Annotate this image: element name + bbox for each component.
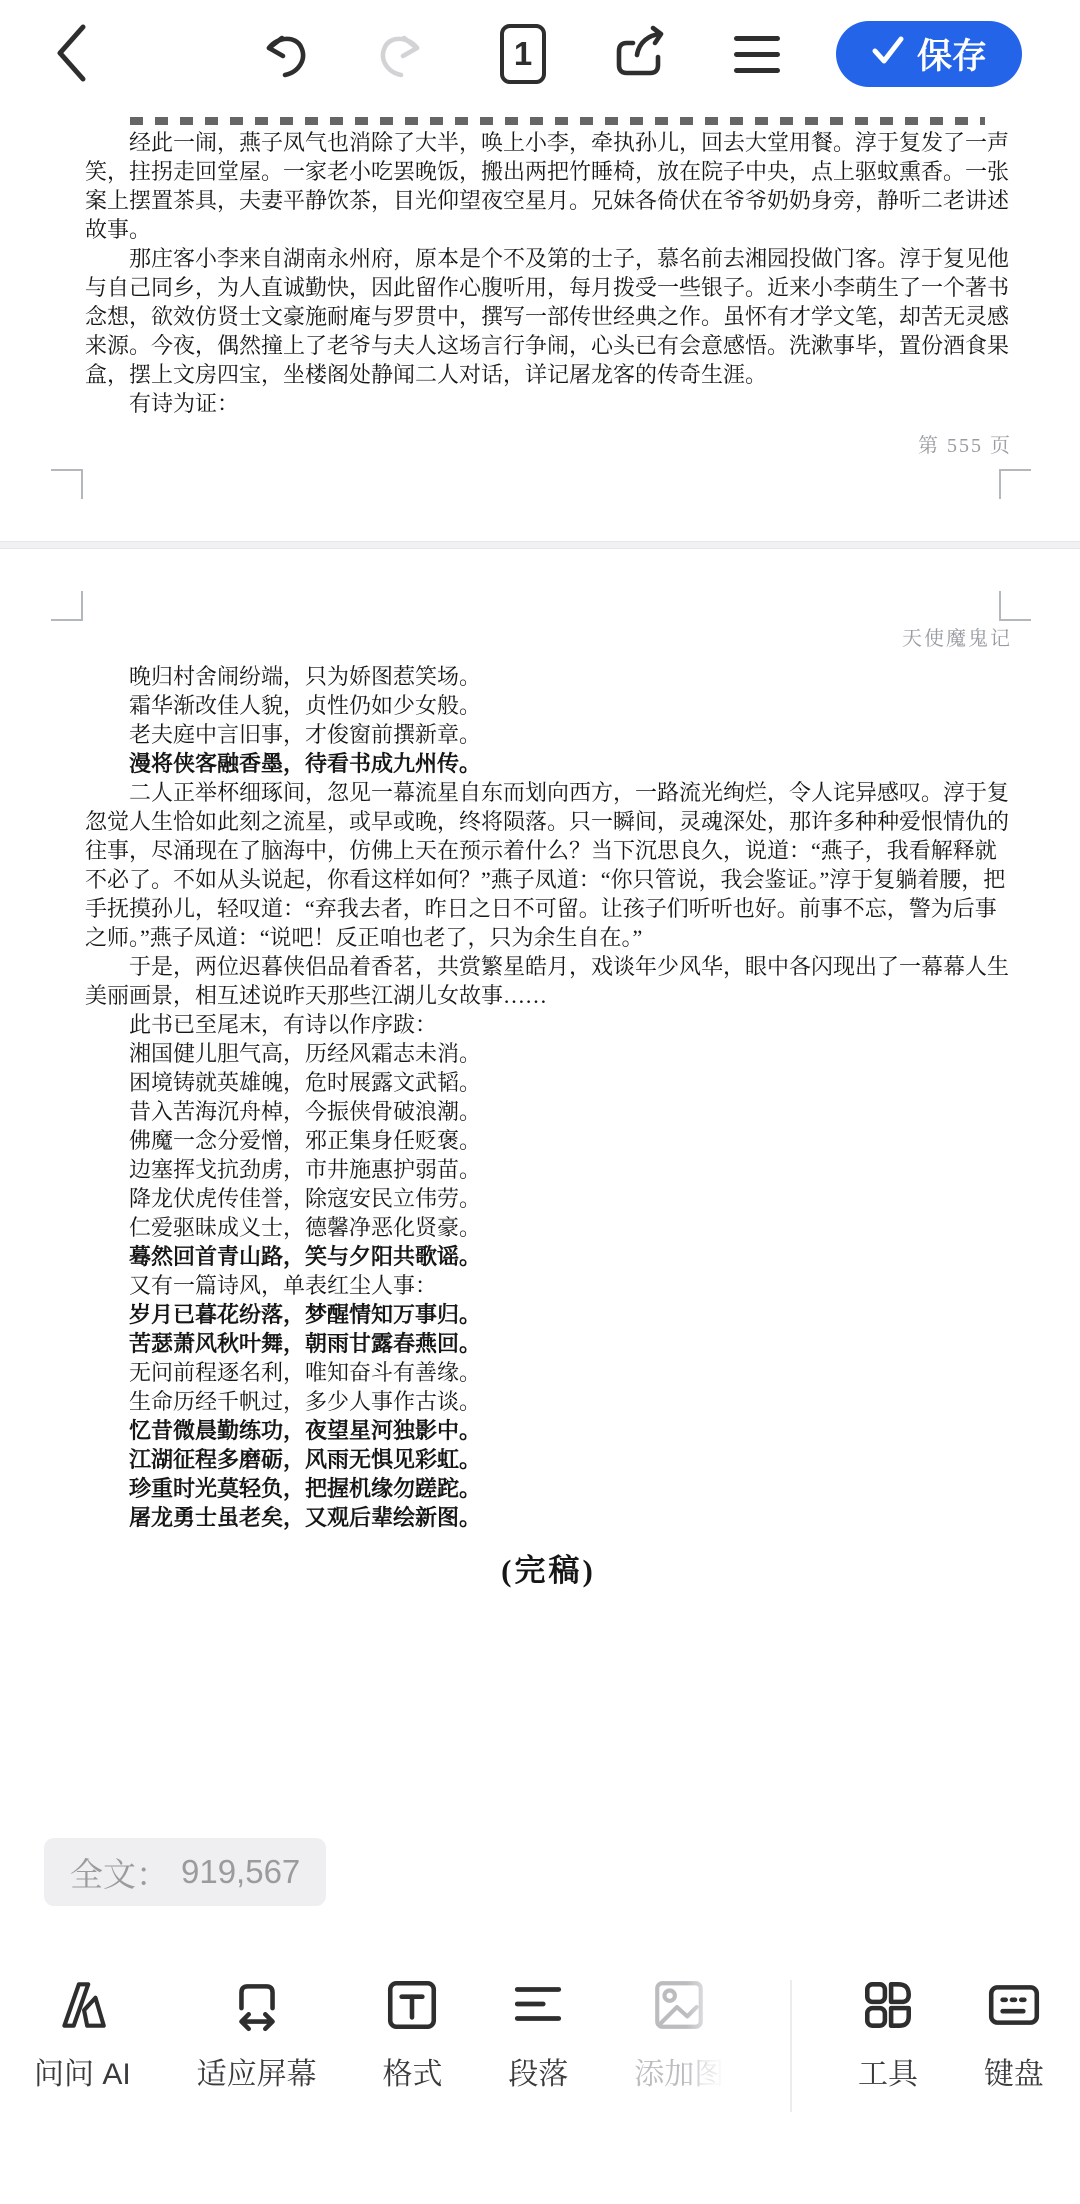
add-image-label: 添加图 — [634, 2049, 724, 2093]
poem-line[interactable]: 霜华渐改佳人貌，贞性仍如少女般。 — [85, 691, 1012, 720]
back-button[interactable] — [50, 22, 92, 87]
poem-line[interactable]: 生命历经千帆过，多少人事作古谈。 — [85, 1387, 1012, 1416]
format-label: 格式 — [382, 2049, 442, 2093]
crop-mark-bottom-left — [51, 469, 83, 499]
poem-line[interactable]: 老夫庭中言旧事，才俊窗前撰新章。 — [85, 720, 1012, 749]
bottom-toolbar: 问问 AI 适应屏幕 格式 段落 添加图 — [0, 1960, 1080, 2204]
poem-line[interactable]: 佛魔一念分爱憎，邪正集身任贬褒。 — [85, 1126, 1012, 1155]
paragraph-button[interactable]: 段落 — [508, 1976, 568, 2136]
ask-ai-label: 问问 AI — [34, 2049, 131, 2093]
top-toolbar: 1 保存 — [0, 0, 1080, 108]
keyboard-icon — [985, 1976, 1043, 2037]
poem-line[interactable]: 边塞挥戈抗劲虏，市井施惠护弱苗。 — [85, 1155, 1012, 1184]
page-bottom-margin-marks — [0, 469, 1080, 501]
undo-button[interactable] — [258, 28, 308, 81]
tools-button[interactable]: 工具 — [858, 1976, 918, 2136]
poem-line[interactable]: 昔入苦海沉舟棹，今振侠骨破浪潮。 — [85, 1097, 1012, 1126]
checkmark-icon — [871, 34, 905, 75]
wps-ai-icon — [53, 1976, 111, 2037]
page1-paragraphs: 经此一闹，燕子凤气也消除了大半，唤上小李，牵执孙儿，回去大堂用餐。淳于复发了一声… — [85, 128, 1012, 418]
toolbar-divider — [790, 1980, 792, 2112]
share-button[interactable] — [612, 25, 668, 84]
page-top-margin-marks — [0, 589, 1080, 621]
crop-mark-bottom-right — [999, 469, 1031, 499]
page-header-title: 天使魔鬼记 — [85, 625, 1012, 654]
keyboard-button[interactable]: 键盘 — [984, 1976, 1044, 2136]
poem-line[interactable]: 晚归村舍闹纷端，只为娇图惹笑场。 — [85, 662, 1012, 691]
paragraph[interactable]: 有诗为证： — [85, 389, 1012, 418]
paragraph-icon — [509, 1976, 567, 2037]
menu-button[interactable] — [734, 36, 780, 73]
share-export-icon — [612, 25, 668, 84]
fit-screen-icon — [228, 1976, 286, 2037]
word-count-badge: 全文： 919,567 — [44, 1838, 326, 1906]
page-separator — [0, 541, 1080, 549]
tools-label: 工具 — [858, 2049, 918, 2093]
opening-poem: 晚归村舍闹纷端，只为娇图惹笑场。霜华渐改佳人貌，贞性仍如少女般。老夫庭中言旧事，… — [85, 662, 1012, 778]
add-image-icon — [650, 1976, 708, 2037]
save-button[interactable]: 保存 — [836, 21, 1022, 87]
poem-line[interactable]: 困境铸就英雄魄，危时展露文武韬。 — [85, 1068, 1012, 1097]
save-button-label: 保存 — [917, 29, 987, 79]
poem-line[interactable]: 江湖征程多磨砺，风雨无惧见彩虹。 — [85, 1445, 1012, 1474]
keyboard-label: 键盘 — [984, 2049, 1044, 2093]
poem-line[interactable]: 岁月已暮花纷落，梦醒情知万事归。 — [85, 1300, 1012, 1329]
poem-line[interactable]: 降龙伏虎传佳誉，除寇安民立伟劳。 — [85, 1184, 1012, 1213]
poem-line[interactable]: 仁爱驱昧成义士，德馨净恶化贤豪。 — [85, 1213, 1012, 1242]
document-canvas[interactable]: 经此一闹，燕子凤气也消除了大半，唤上小李，牵执孙儿，回去大堂用餐。淳于复发了一声… — [0, 108, 1080, 1960]
poem-line[interactable]: 无问前程逐名利，唯知奋斗有善缘。 — [85, 1358, 1012, 1387]
paragraph[interactable]: 经此一闹，燕子凤气也消除了大半，唤上小李，牵执孙儿，回去大堂用餐。淳于复发了一声… — [85, 128, 1012, 244]
fit-screen-button[interactable]: 适应屏幕 — [197, 1976, 317, 2136]
paragraph[interactable]: 此书已至尾末，有诗以作序跋： — [85, 1010, 1012, 1039]
redo-button-disabled[interactable] — [378, 28, 428, 81]
poem-line[interactable]: 蓦然回首青山路，笑与夕阳共歌谣。 — [85, 1242, 1012, 1271]
poem-line[interactable]: 又有一篇诗风，单表红尘人事： — [85, 1271, 1012, 1300]
page-number-footer: 第 555 页 — [85, 432, 1012, 461]
poem-line[interactable]: 忆昔微晨勤练功，夜望星河独影中。 — [85, 1416, 1012, 1445]
end-of-manuscript-mark: (完稿) — [85, 1556, 1012, 1585]
page-last: 天使魔鬼记 晚归村舍闹纷端，只为娇图惹笑场。霜华渐改佳人貌，贞性仍如少女般。老夫… — [85, 589, 1012, 1585]
chevron-left-icon — [53, 22, 89, 87]
poem-line[interactable]: 苦瑟萧风秋叶舞，朝雨甘露春燕回。 — [85, 1329, 1012, 1358]
paragraph[interactable]: 那庄客小李来自湖南永州府，原本是个不及第的士子，慕名前去湘园投做门客。淳于复见他… — [85, 244, 1012, 389]
redo-icon — [378, 28, 428, 81]
format-button[interactable]: 格式 — [382, 1976, 442, 2136]
poem-line[interactable]: 珍重时光莫轻负，把握机缘勿蹉跎。 — [85, 1474, 1012, 1503]
page-555: 经此一闹，燕子凤气也消除了大半，唤上小李，牵执孙儿，回去大堂用餐。淳于复发了一声… — [85, 117, 1012, 501]
poem-line[interactable]: 屠龙勇士虽老矣，又观后辈绘新图。 — [85, 1503, 1012, 1532]
closing-poem: 湘国健儿胆气高，历经风霜志未消。困境铸就英雄魄，危时展露文武韬。昔入苦海沉舟棹，… — [85, 1039, 1012, 1532]
fit-screen-label: 适应屏幕 — [197, 2049, 317, 2093]
undo-icon — [258, 28, 308, 81]
page2-paragraphs: 二人正举杯细琢间，忽见一幕流星自东而划向西方，一路流光绚烂，令人诧异感叹。淳于复… — [85, 778, 1012, 1039]
page-indicator-number: 1 — [514, 35, 532, 73]
crop-mark-top-left — [51, 591, 83, 621]
text-format-icon — [383, 1976, 441, 2037]
poem-line[interactable]: 漫将侠客融香墨，待看书成九州传。 — [85, 749, 1012, 778]
paragraph-label: 段落 — [508, 2049, 568, 2093]
crop-mark-top-right — [999, 591, 1031, 621]
document-editor-screen: 1 保存 经此一闹，燕子凤气也消除了大半，唤上小李，牵执孙儿，回去大堂用餐。淳于… — [0, 0, 1080, 2204]
hamburger-menu-icon — [734, 36, 780, 41]
paragraph[interactable]: 于是，两位迟暮侠侣品着香茗，共赏繁星皓月，戏谈年少风华，眼中各闪现出了一幕幕人生… — [85, 952, 1012, 1010]
tools-grid-icon — [859, 1976, 917, 2037]
poem-line[interactable]: 湘国健儿胆气高，历经风霜志未消。 — [85, 1039, 1012, 1068]
add-image-button[interactable]: 添加图 — [634, 1976, 724, 2136]
ask-ai-button[interactable]: 问问 AI — [34, 1976, 131, 2136]
word-count-value: 919,567 — [181, 1853, 300, 1891]
paragraph[interactable]: 二人正举杯细琢间，忽见一幕流星自东而划向西方，一路流光绚烂，令人诧异感叹。淳于复… — [85, 778, 1012, 952]
clipped-text-line — [130, 117, 985, 125]
page-indicator[interactable]: 1 — [500, 24, 546, 84]
word-count-label: 全文： — [70, 1849, 169, 1896]
